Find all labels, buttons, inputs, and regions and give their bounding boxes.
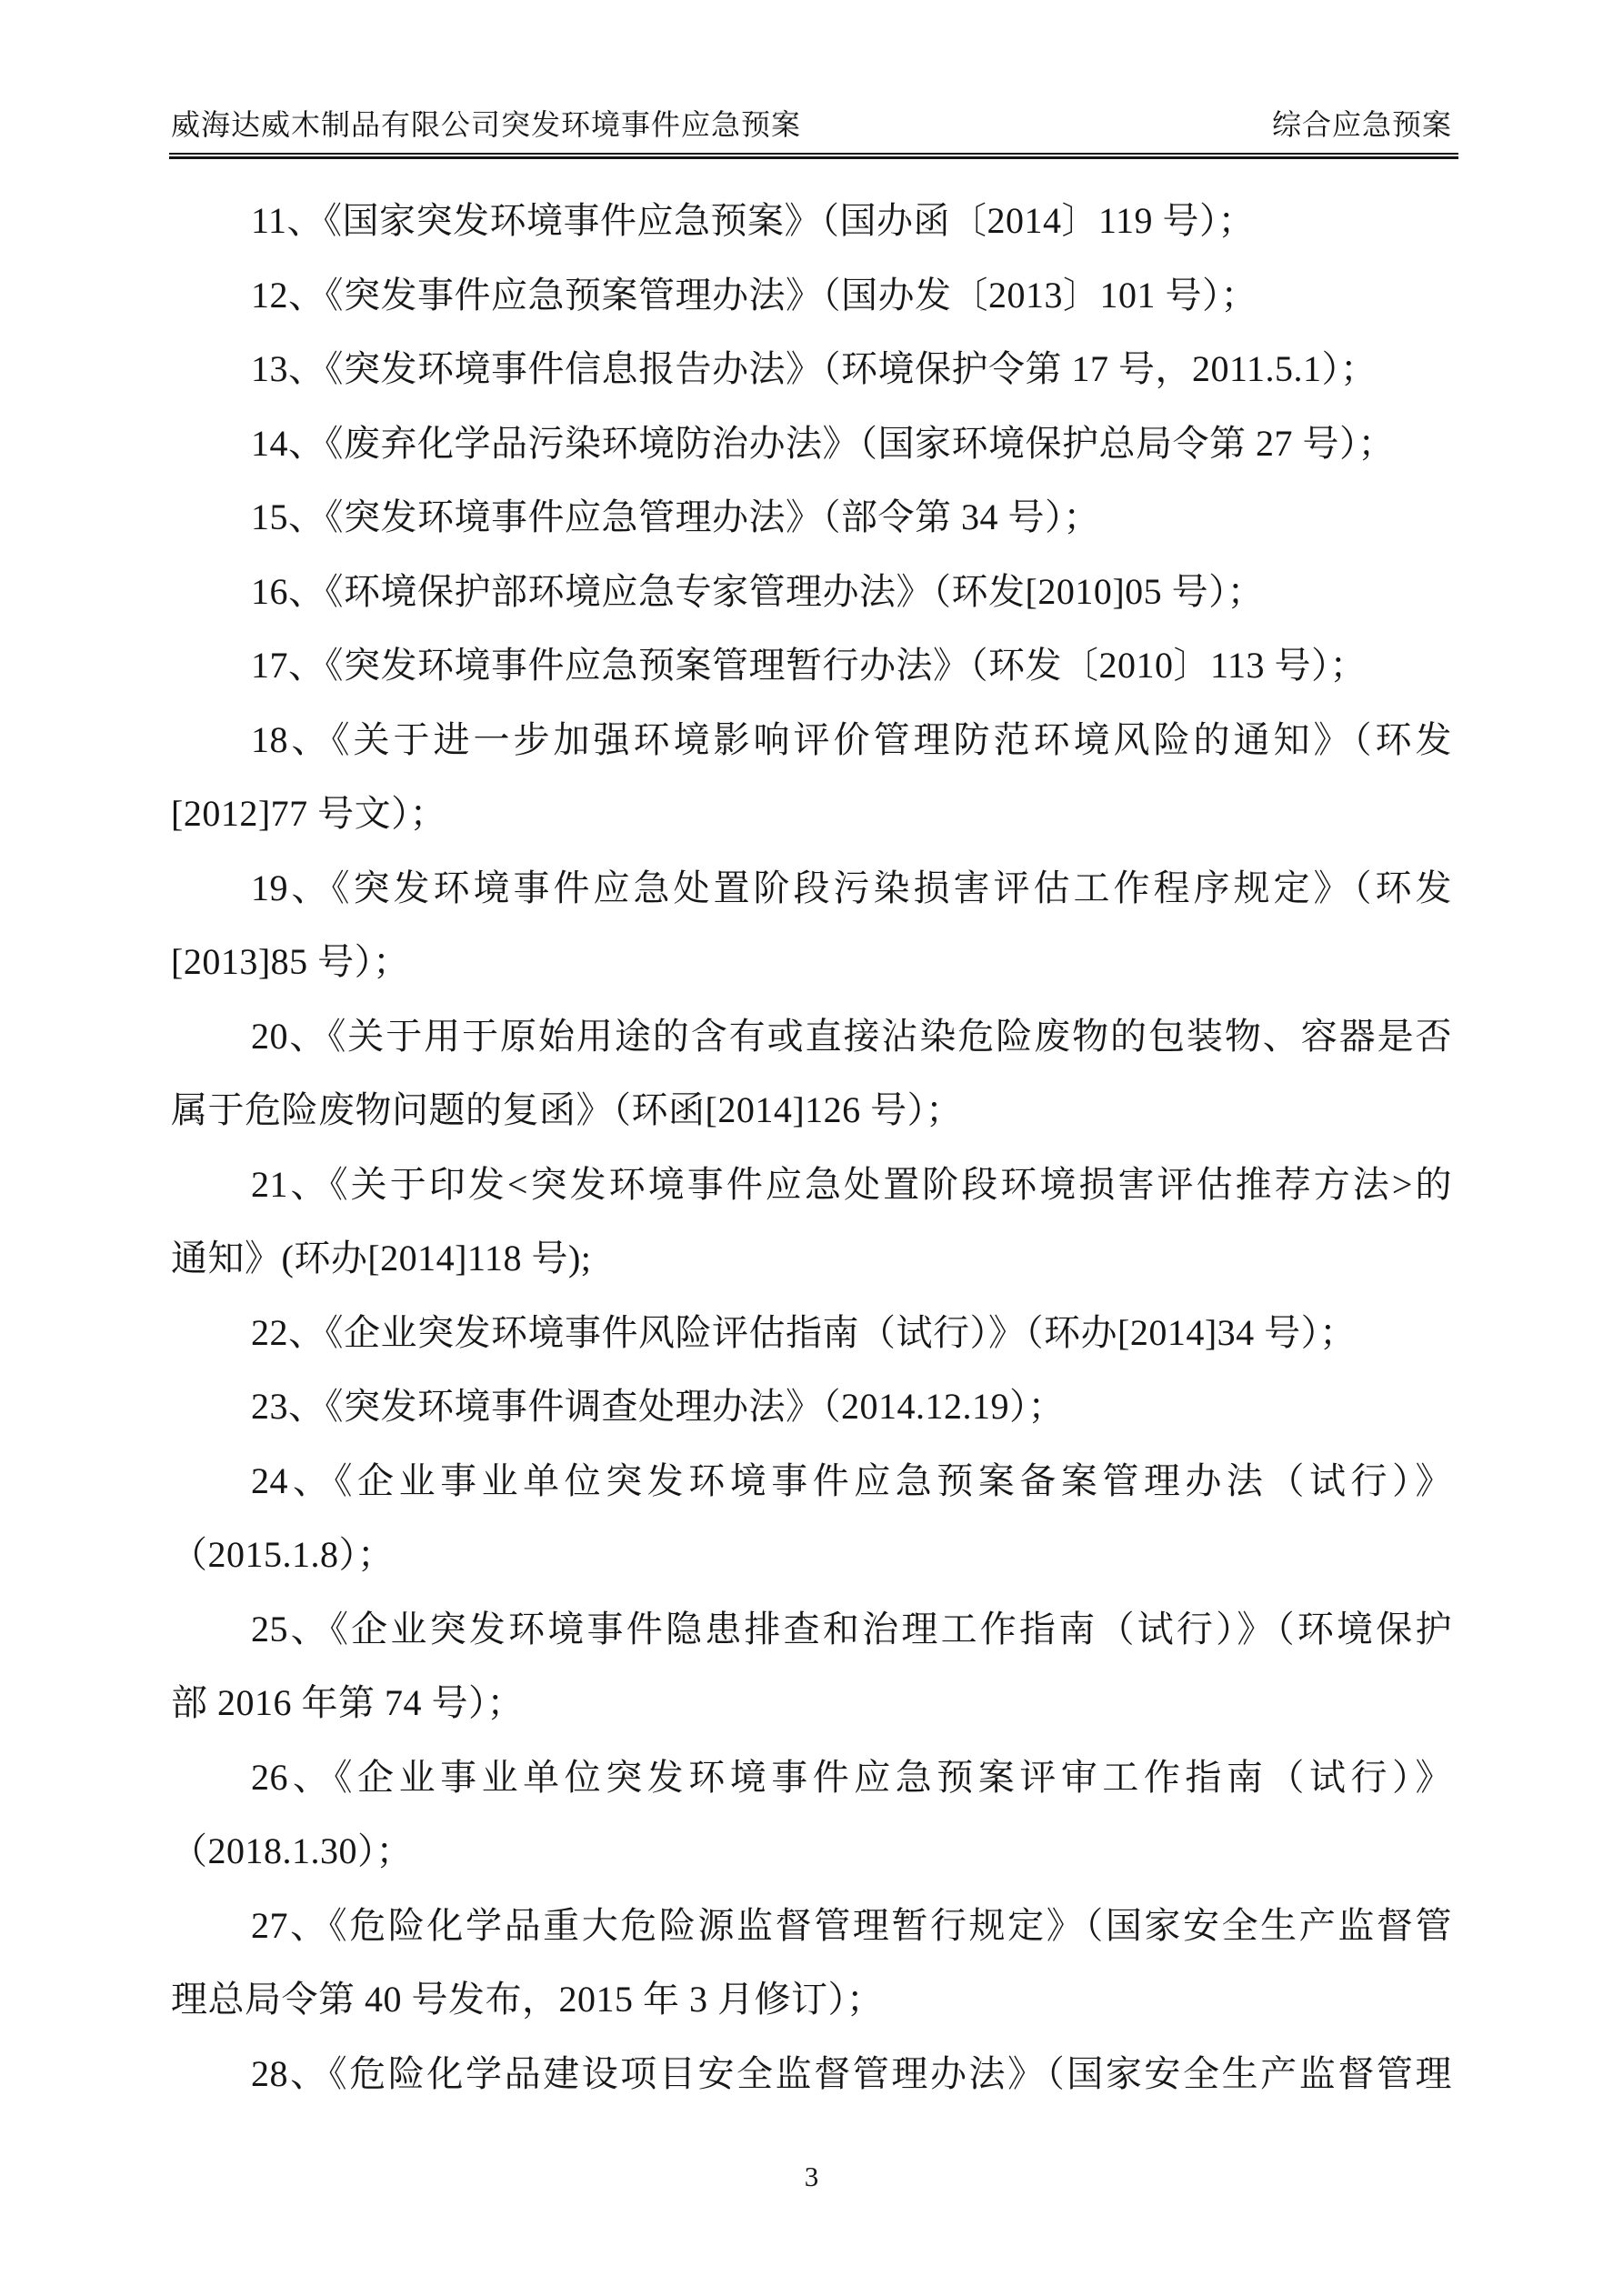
document-page: 威海达威木制品有限公司突发环境事件应急预案 综合应急预案 11、《国家突发环境事… — [0, 0, 1623, 2296]
document-line: 14、《废弃化学品污染环境防治办法》（国家环境保护总局令第 27 号）； — [171, 406, 1452, 481]
document-line: 15、《突发环境事件应急管理办法》（部令第 34 号）； — [171, 480, 1452, 555]
document-line: 20、《关于用于原始用途的含有或直接沾染危险废物的包装物、容器是否 — [171, 999, 1452, 1074]
document-line: 理总局令第 40 号发布，2015 年 3 月修订）； — [171, 1962, 1452, 2037]
header-rule — [169, 153, 1458, 159]
document-line: 部 2016 年第 74 号）； — [171, 1666, 1452, 1740]
document-body: 11、《国家突发环境事件应急预案》（国办函〔2014〕119 号）； 12、《突… — [171, 184, 1452, 2111]
page-header: 威海达威木制品有限公司突发环境事件应急预案 综合应急预案 — [171, 105, 1452, 144]
document-line: 27、《危险化学品重大危险源监督管理暂行规定》（国家安全生产监督管 — [171, 1889, 1452, 1963]
header-right-title: 综合应急预案 — [1272, 105, 1452, 144]
document-line: （2015.1.8）； — [171, 1518, 1452, 1592]
document-line: 12、《突发事件应急预案管理办法》（国办发〔2013〕101 号）； — [171, 258, 1452, 333]
document-line: 16、《环境保护部环境应急专家管理办法》（环发[2010]05 号）； — [171, 555, 1452, 629]
document-line: 22、《企业突发环境事件风险评估指南（试行）》（环办[2014]34 号）； — [171, 1296, 1452, 1370]
document-line: 13、《突发环境事件信息报告办法》（环境保护令第 17 号，2011.5.1）； — [171, 332, 1452, 406]
document-line: 19、《突发环境事件应急处置阶段污染损害评估工作程序规定》（环发 — [171, 851, 1452, 926]
document-line: 24、《企业事业单位突发环境事件应急预案备案管理办法（试行）》 — [171, 1444, 1452, 1519]
document-line: 25、《企业突发环境事件隐患排查和治理工作指南（试行）》（环境保护 — [171, 1592, 1452, 1667]
document-line: 26、《企业事业单位突发环境事件应急预案评审工作指南（试行）》 — [171, 1740, 1452, 1815]
document-line: 11、《国家突发环境事件应急预案》（国办函〔2014〕119 号）； — [171, 184, 1452, 258]
document-line: 通知》(环办[2014]118 号); — [171, 1221, 1452, 1296]
document-line: [2012]77 号文）； — [171, 777, 1452, 851]
header-rule-thick-line — [169, 156, 1458, 159]
document-line: 属于危险废物问题的复函》（环函[2014]126 号）； — [171, 1073, 1452, 1148]
document-line: （2018.1.30）； — [171, 1814, 1452, 1889]
document-line: [2013]85 号）； — [171, 925, 1452, 999]
header-left-title: 威海达威木制品有限公司突发环境事件应急预案 — [171, 105, 801, 144]
document-line: 28、《危险化学品建设项目安全监督管理办法》（国家安全生产监督管理 — [171, 2037, 1452, 2111]
document-line: 17、《突发环境事件应急预案管理暂行办法》（环发〔2010〕113 号）； — [171, 628, 1452, 703]
document-line: 18、《关于进一步加强环境影响评价管理防范环境风险的通知》（环发 — [171, 703, 1452, 777]
page-number: 3 — [805, 2161, 819, 2192]
document-line: 21、《关于印发<突发环境事件应急处置阶段环境损害评估推荐方法>的 — [171, 1148, 1452, 1222]
document-line: 23、《突发环境事件调查处理办法》（2014.12.19）； — [171, 1369, 1452, 1444]
page-footer: 3 — [171, 2159, 1452, 2195]
